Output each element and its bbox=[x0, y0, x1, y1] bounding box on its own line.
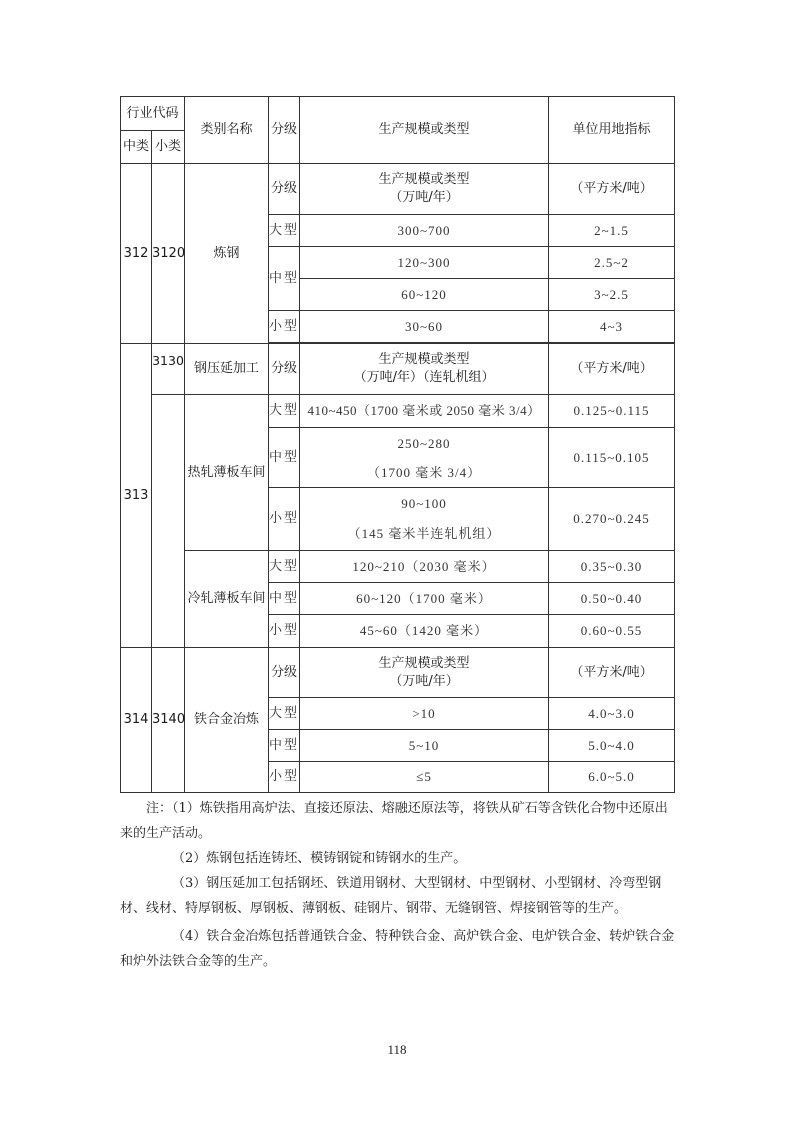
small-class-code: 3120 bbox=[152, 164, 185, 344]
scale-line: 生产规模或类型 bbox=[300, 655, 548, 673]
scale-unit: （万吨/年）（连轧机组） bbox=[300, 369, 548, 387]
category-name: 炼钢 bbox=[185, 164, 269, 344]
header-category-name: 类别名称 bbox=[185, 97, 269, 164]
grade-cell: 大型 bbox=[269, 698, 300, 730]
header-industry-code: 行业代码 bbox=[121, 97, 185, 131]
note-2: （2）炼钢包括连铸坯、模铸钢锭和铸钢水的生产。 bbox=[120, 846, 675, 871]
grade-cell: 中型 bbox=[269, 730, 300, 762]
subcategory-name: 热轧薄板车间 bbox=[185, 395, 269, 551]
table-row: 312 3120 炼钢 分级 生产规模或类型 （万吨/年） （平方米/吨） bbox=[121, 164, 675, 215]
scale-line: 生产规模或类型 bbox=[300, 351, 548, 369]
grade-cell: 大型 bbox=[269, 395, 300, 428]
scale-cell: >10 bbox=[300, 698, 549, 730]
indicator-cell: 0.115~0.105 bbox=[549, 428, 675, 488]
header-indicator: 单位用地指标 bbox=[549, 97, 675, 164]
header-grade: 分级 bbox=[269, 97, 300, 164]
scale-cell: 60~120（1700 毫米） bbox=[300, 583, 549, 615]
sub-header-grade: 分级 bbox=[269, 648, 300, 698]
grade-cell: 小型 bbox=[269, 615, 300, 648]
indicator-cell: 3~2.5 bbox=[549, 279, 675, 311]
indicator-cell: 0.35~0.30 bbox=[549, 551, 675, 583]
sub-header-unit: （平方米/吨） bbox=[549, 164, 675, 215]
scale-cell: 300~700 bbox=[300, 215, 549, 247]
header-middle-class: 中类 bbox=[121, 131, 152, 164]
scale-line: 生产规模或类型 bbox=[300, 171, 548, 189]
scale-unit: （万吨/年） bbox=[300, 189, 548, 207]
grade-cell: 小型 bbox=[269, 311, 300, 343]
sub-header-grade: 分级 bbox=[269, 164, 300, 215]
sub-header-scale: 生产规模或类型 （万吨/年）（连轧机组） bbox=[300, 344, 549, 395]
header-scale: 生产规模或类型 bbox=[300, 97, 549, 164]
indicator-cell: 4.0~3.0 bbox=[549, 698, 675, 730]
indicator-cell: 0.125~0.115 bbox=[549, 395, 675, 428]
indicator-cell: 2.5~2 bbox=[549, 247, 675, 279]
indicator-cell: 5.0~4.0 bbox=[549, 730, 675, 762]
scale-line: （145 毫米半连轧机组） bbox=[300, 519, 548, 549]
table-row: 热轧薄板车间 大型 410~450（1700 毫米或 2050 毫米 3/4） … bbox=[121, 395, 675, 428]
middle-class-code: 313 bbox=[121, 344, 152, 648]
scale-cell: 60~120 bbox=[300, 279, 549, 311]
scale-cell: ≤5 bbox=[300, 762, 549, 793]
grade-cell: 大型 bbox=[269, 215, 300, 247]
scale-cell: 120~210（2030 毫米） bbox=[300, 551, 549, 583]
header-small-class: 小类 bbox=[152, 131, 185, 164]
table-row: 314 3140 铁合金冶炼 分级 生产规模或类型 （万吨/年） （平方米/吨） bbox=[121, 648, 675, 698]
sub-header-scale: 生产规模或类型 （万吨/年） bbox=[300, 648, 549, 698]
table-notes: 注：（1）炼铁指用高炉法、直接还原法、熔融还原法等，将铁从矿石等含铁化合物中还原… bbox=[120, 796, 675, 974]
table-row: 313 3130 钢压延加工 分级 生产规模或类型 （万吨/年）（连轧机组） （… bbox=[121, 344, 675, 395]
indicator-cell: 0.50~0.40 bbox=[549, 583, 675, 615]
category-name: 钢压延加工 bbox=[185, 344, 269, 395]
scale-cell: 45~60（1420 毫米） bbox=[300, 615, 549, 648]
scale-cell: 410~450（1700 毫米或 2050 毫米 3/4） bbox=[300, 395, 549, 428]
land-use-indicator-table: 行业代码 类别名称 分级 生产规模或类型 单位用地指标 中类 小类 312 31… bbox=[120, 96, 675, 793]
scale-cell: 250~280 （1700 毫米 3/4） bbox=[300, 428, 549, 488]
indicator-cell: 0.60~0.55 bbox=[549, 615, 675, 648]
scale-unit: （万吨/年） bbox=[300, 673, 548, 691]
small-class-code: 3130 bbox=[152, 344, 185, 395]
grade-cell: 中型 bbox=[269, 428, 300, 488]
small-class-code: 3140 bbox=[152, 648, 185, 793]
indicator-cell: 0.270~0.245 bbox=[549, 488, 675, 551]
subcategory-name: 冷轧薄板车间 bbox=[185, 551, 269, 648]
document-page: 行业代码 类别名称 分级 生产规模或类型 单位用地指标 中类 小类 312 31… bbox=[0, 0, 794, 1122]
note-1: 注：（1）炼铁指用高炉法、直接还原法、熔融还原法等，将铁从矿石等含铁化合物中还原… bbox=[120, 796, 675, 846]
indicator-cell: 6.0~5.0 bbox=[549, 762, 675, 793]
table-header-row: 行业代码 类别名称 分级 生产规模或类型 单位用地指标 bbox=[121, 97, 675, 131]
grade-cell: 中型 bbox=[269, 583, 300, 615]
scale-cell: 5~10 bbox=[300, 730, 549, 762]
note-4: （4）铁合金冶炼包括普通铁合金、特种铁合金、高炉铁合金、电炉铁合金、转炉铁合金和… bbox=[120, 924, 675, 974]
sub-header-unit: （平方米/吨） bbox=[549, 648, 675, 698]
grade-cell: 小型 bbox=[269, 762, 300, 793]
table-row: 冷轧薄板车间 大型 120~210（2030 毫米） 0.35~0.30 bbox=[121, 551, 675, 583]
middle-class-code: 314 bbox=[121, 648, 152, 793]
grade-cell: 小型 bbox=[269, 488, 300, 551]
category-name: 铁合金冶炼 bbox=[185, 648, 269, 793]
sub-header-grade: 分级 bbox=[269, 344, 300, 395]
scale-cell: 120~300 bbox=[300, 247, 549, 279]
indicator-cell: 2~1.5 bbox=[549, 215, 675, 247]
scale-line: 250~280 bbox=[300, 429, 548, 458]
middle-class-code: 312 bbox=[121, 164, 152, 344]
note-3: （3）钢压延加工包括钢坯、铁道用钢材、大型钢材、中型钢材、小型钢材、冷弯型钢材、… bbox=[120, 871, 675, 921]
grade-cell: 大型 bbox=[269, 551, 300, 583]
scale-cell: 30~60 bbox=[300, 311, 549, 343]
sub-header-unit: （平方米/吨） bbox=[549, 344, 675, 395]
grade-cell: 中型 bbox=[269, 247, 300, 311]
small-class-empty bbox=[152, 395, 185, 648]
sub-header-scale: 生产规模或类型 （万吨/年） bbox=[300, 164, 549, 215]
scale-line: 90~100 bbox=[300, 489, 548, 519]
scale-cell: 90~100 （145 毫米半连轧机组） bbox=[300, 488, 549, 551]
indicator-cell: 4~3 bbox=[549, 311, 675, 343]
page-number: 118 bbox=[0, 1042, 794, 1058]
scale-line: （1700 毫米 3/4） bbox=[300, 458, 548, 487]
